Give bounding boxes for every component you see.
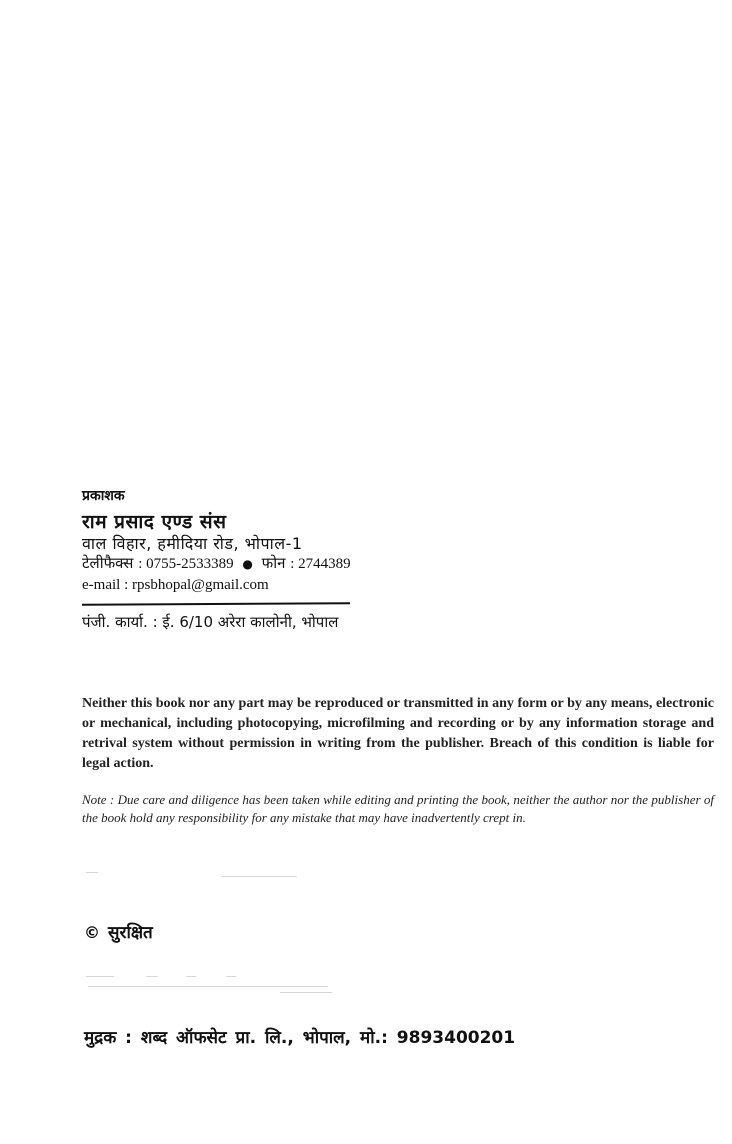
phone-label: फोन xyxy=(262,554,286,572)
disclaimer-note: Note : Due care and diligence has been t… xyxy=(82,791,714,827)
phone-number: 2744389 xyxy=(298,556,351,572)
email-label: e-mail xyxy=(82,577,120,593)
email-address[interactable]: rpsbhopal@gmail.com xyxy=(132,577,269,593)
copyright-icon: © xyxy=(84,923,100,942)
scan-artifact xyxy=(280,992,332,993)
publisher-address: वाल विहार, हमीदिया रोड, भोपाल-1 xyxy=(82,532,303,554)
scan-artifact xyxy=(186,976,196,977)
scan-artifact xyxy=(146,976,158,977)
bullet-icon: ● xyxy=(242,557,252,571)
scan-artifact xyxy=(222,876,297,877)
scan-artifact xyxy=(226,976,236,977)
publisher-name: राम प्रसाद एण्ड संस xyxy=(82,508,226,534)
scan-artifact xyxy=(86,872,98,873)
telefax-number: 0755-2533389 xyxy=(146,556,234,572)
divider xyxy=(82,602,350,605)
scan-artifact xyxy=(88,986,328,987)
rights-notice: Neither this book nor any part may be re… xyxy=(82,694,714,774)
scan-artifact xyxy=(86,976,114,977)
telefax-label: टेलीफैक्स xyxy=(82,554,133,572)
publisher-label: प्रकाशक xyxy=(82,486,125,505)
copyright-notice: ©सुरक्षित xyxy=(84,920,153,943)
registered-office: पंजी. कार्या. : ई. 6/10 अरेरा कालोनी, भो… xyxy=(82,612,338,632)
copyright-text: सुरक्षित xyxy=(108,923,153,943)
publisher-contact: टेलीफैक्स : 0755-2533389 ● फोन : 2744389 xyxy=(82,553,351,573)
publisher-email: e-mail : rpsbhopal@gmail.com xyxy=(82,577,269,594)
printer-info: मुद्रक : शब्द ऑफसेट प्रा. लि., भोपाल, मो… xyxy=(84,1025,515,1048)
